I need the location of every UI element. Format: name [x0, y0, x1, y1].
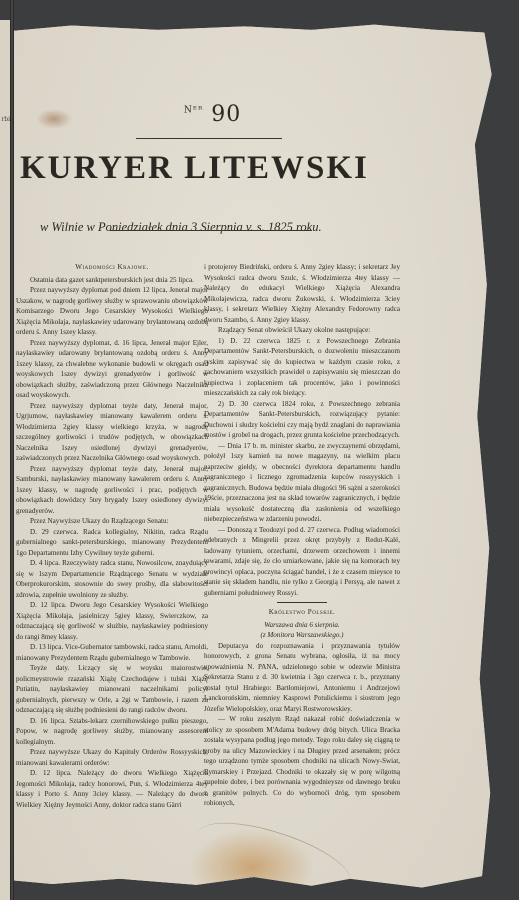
column-1: Wiadomości Krajowe. Ostatnia data gazet …: [16, 262, 208, 810]
article-paragraph: Przez Naywyższe Ukazy do Rządzącego Sena…: [16, 516, 208, 527]
article-paragraph: Przez naywyższy dyplomat pod dniem 12 li…: [16, 285, 208, 338]
section-dateline: Warszawa dnia 6 sierpnia.: [204, 620, 400, 631]
issue-number-value: 90: [211, 102, 241, 127]
adjacent-page-edge: p g d y u L a Z L L L L Ch g y d Ch w g …: [0, 20, 10, 900]
article-paragraph: Przez naywyższy dyplomat teyże daty, Jen…: [16, 464, 208, 517]
article-paragraph: Przez naywyższe Ukazy do Kapituły Orderó…: [16, 747, 208, 768]
article-paragraph: i protojerey Biedriński, orderu ś. Anny …: [204, 262, 400, 325]
binding-gutter: [10, 0, 14, 900]
paper-crease: [190, 809, 358, 900]
newspaper-title: KURYER LITEWSKI: [20, 150, 420, 187]
section-source: (z Monitora Warszawskiego.): [204, 630, 400, 641]
article-paragraph: Ostatnia data gazet sanktpetersburskich …: [16, 275, 208, 286]
article-paragraph: — Donoszą z Teodozyi pod d. 27 czerwca. …: [204, 525, 400, 599]
article-paragraph: D. 12 lipca. Dworu Jego Cesarskiey Wysok…: [16, 600, 208, 642]
dateline-rule: [110, 230, 312, 231]
article-paragraph: 1) D. 22 czerwca 1825 r. z Powszechnego …: [204, 336, 400, 399]
title-top-rule: [136, 138, 282, 139]
article-paragraph: Rządzący Senat obwieścił Ukazy okolne na…: [204, 325, 400, 336]
article-paragraph: — W roku zeszłym Rząd nakazał robić dośw…: [204, 714, 400, 809]
article-paragraph: Przez naywyższy dyplomat teyże daty, Jen…: [16, 401, 208, 464]
article-paragraph: D. 16 lipca. Sztabs-lekarz czernihowskie…: [16, 716, 208, 748]
article-paragraph: D. 13 lipca. Vice-Gubernator tambowski, …: [16, 642, 208, 663]
section-divider: [277, 602, 327, 603]
section-heading-poland: Królestwo Polskie.: [204, 607, 400, 618]
article-paragraph: Przez naywyższy dyplomat, d. 16 lipca, J…: [16, 338, 208, 401]
adjacent-page-text: p g d y u L a Z L L L L Ch g y d Ch w g …: [0, 115, 10, 815]
column-2: i protojerey Biedriński, orderu ś. Anny …: [204, 262, 400, 809]
section-heading-domestic: Wiadomości Krajowe.: [16, 262, 208, 273]
article-paragraph: D. 4 lipca. Rzeczywisty radca stanu, Now…: [16, 558, 208, 600]
dateline: w Wilnie w Poniedziałek dnia 3 Sierpnia …: [40, 220, 322, 235]
article-paragraph: D. 29 czerwca. Radca kollegialny, Nikiti…: [16, 527, 208, 559]
article-paragraph: Teyże daty. Liczący się w woysku maioros…: [16, 663, 208, 716]
article-paragraph: Deputacya do rozpoznawania i przyznawani…: [204, 641, 400, 715]
newspaper-page: Nᴱᴿ 90 KURYER LITEWSKI w Wilnie w Ponied…: [14, 22, 494, 898]
article-paragraph: D. 12 lipca. Należący do dworu Wielkiego…: [16, 768, 208, 810]
issue-label: Nᴱᴿ: [184, 106, 203, 116]
article-paragraph: 2) D. 30 czerwca 1824 roku, z Powszechne…: [204, 399, 400, 441]
issue-number: Nᴱᴿ 90: [184, 102, 241, 127]
article-paragraph: — Dnia 17 b. m. minister skarbu, ze zwyc…: [204, 441, 400, 525]
